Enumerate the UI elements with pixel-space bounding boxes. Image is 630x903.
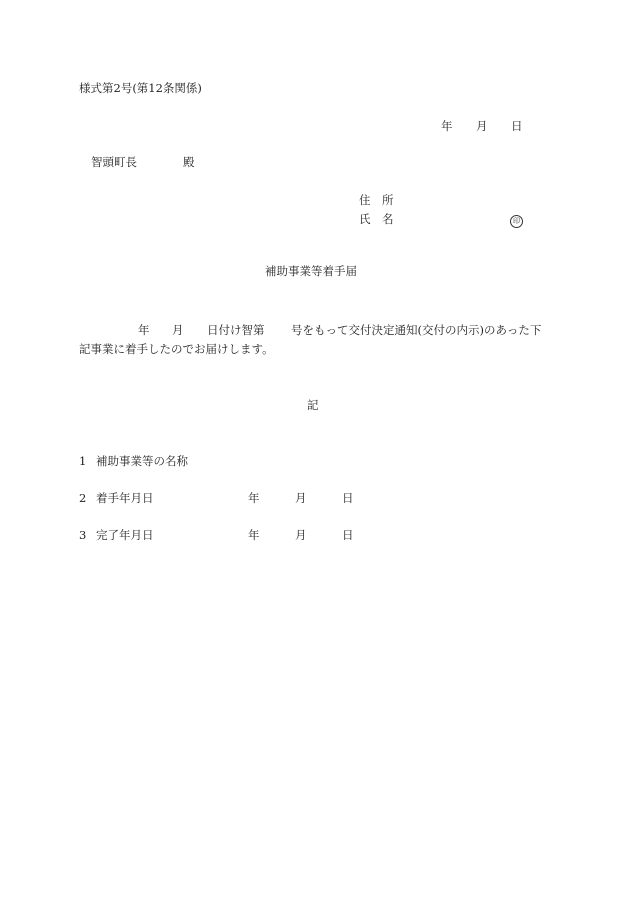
item-label: 補助事業等の名称 [96, 453, 188, 469]
addressee-honorific: 殿 [183, 154, 195, 170]
date-month: 月 [476, 118, 488, 134]
item-number: 2 [79, 490, 86, 506]
document-title: 補助事業等着手届 [265, 263, 357, 279]
item-label: 着手年月日 [96, 490, 154, 506]
date-day: 日 [511, 118, 523, 134]
address-label: 住 所 [359, 192, 394, 208]
item-number: 1 [79, 453, 86, 469]
document-page: 様式第2号(第12条関係) 年 月 日 智頭町長 殿 住 所 氏 名 印 補助事… [0, 0, 630, 903]
item-day: 日 [342, 490, 354, 506]
body-text-line2: 記事業に着手したのでお届けします。 [79, 341, 274, 357]
seal-icon: 印 [510, 215, 523, 228]
body-text-line1: 号をもって交付決定通知(交付の内示)のあった下 [291, 322, 541, 338]
seal-mark: 印 [510, 211, 523, 228]
item-label: 完了年月日 [96, 527, 154, 543]
item-year: 年 [248, 490, 260, 506]
body-day-ref: 日付け智第 [207, 322, 265, 338]
item-month: 月 [295, 527, 307, 543]
item-month: 月 [295, 490, 307, 506]
date-year: 年 [441, 118, 453, 134]
item-year: 年 [248, 527, 260, 543]
name-label: 氏 名 [359, 211, 394, 227]
body-month: 月 [172, 322, 184, 338]
ki-heading: 記 [307, 397, 319, 413]
addressee-name: 智頭町長 [91, 154, 137, 170]
item-day: 日 [342, 527, 354, 543]
body-year: 年 [138, 322, 150, 338]
form-label: 様式第2号(第12条関係) [79, 80, 202, 96]
item-number: 3 [79, 527, 86, 543]
